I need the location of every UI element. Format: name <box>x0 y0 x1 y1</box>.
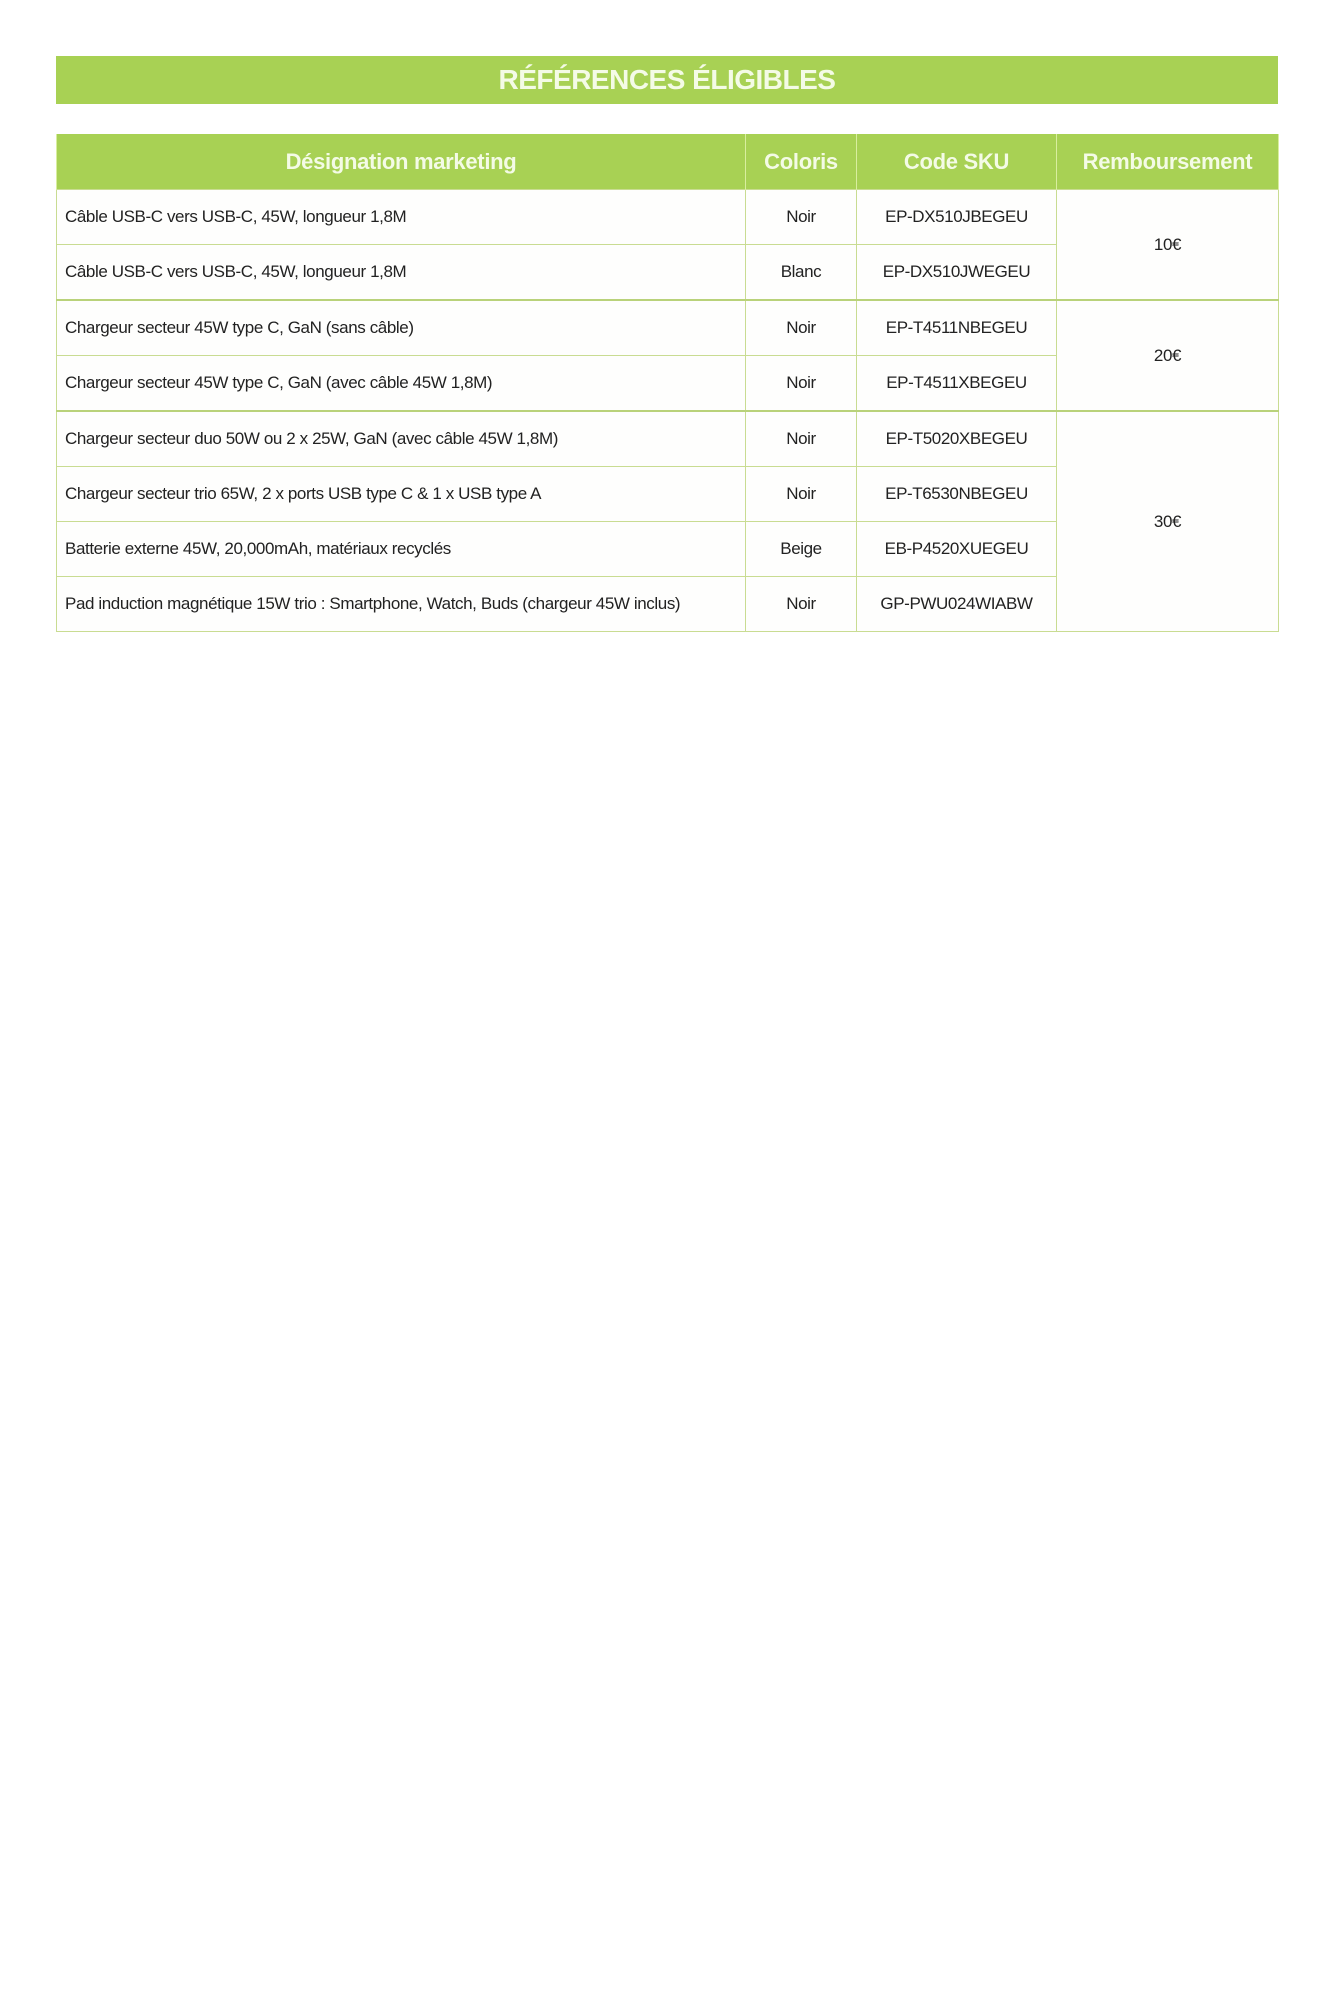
cell-sku: EB-P4520XUEGEU <box>857 522 1057 577</box>
section-title: RÉFÉRENCES ÉLIGIBLES <box>56 56 1278 104</box>
cell-designation: Câble USB-C vers USB-C, 45W, longueur 1,… <box>57 245 746 301</box>
header-designation: Désignation marketing <box>57 134 746 190</box>
cell-remboursement: 20€ <box>1057 300 1279 411</box>
cell-sku: EP-DX510JWEGEU <box>857 245 1057 301</box>
cell-coloris: Noir <box>746 577 857 632</box>
cell-sku: EP-T6530NBEGEU <box>857 467 1057 522</box>
cell-coloris: Beige <box>746 522 857 577</box>
cell-designation: Chargeur secteur trio 65W, 2 x ports USB… <box>57 467 746 522</box>
cell-designation: Câble USB-C vers USB-C, 45W, longueur 1,… <box>57 190 746 245</box>
table-row: Câble USB-C vers USB-C, 45W, longueur 1,… <box>57 190 1279 245</box>
header-sku: Code SKU <box>857 134 1057 190</box>
cell-designation: Chargeur secteur 45W type C, GaN (avec c… <box>57 356 746 412</box>
header-coloris: Coloris <box>746 134 857 190</box>
cell-sku: EP-T4511NBEGEU <box>857 300 1057 356</box>
cell-designation: Chargeur secteur duo 50W ou 2 x 25W, GaN… <box>57 411 746 467</box>
cell-sku: EP-T5020XBEGEU <box>857 411 1057 467</box>
cell-sku: GP-PWU024WIABW <box>857 577 1057 632</box>
table-row: Chargeur secteur duo 50W ou 2 x 25W, GaN… <box>57 411 1279 467</box>
cell-designation: Chargeur secteur 45W type C, GaN (sans c… <box>57 300 746 356</box>
table-header-row: Désignation marketing Coloris Code SKU R… <box>57 134 1279 190</box>
cell-coloris: Noir <box>746 300 857 356</box>
cell-sku: EP-DX510JBEGEU <box>857 190 1057 245</box>
cell-coloris: Noir <box>746 190 857 245</box>
cell-coloris: Noir <box>746 356 857 412</box>
cell-coloris: Noir <box>746 467 857 522</box>
cell-remboursement: 30€ <box>1057 411 1279 632</box>
cell-designation: Pad induction magnétique 15W trio : Smar… <box>57 577 746 632</box>
cell-coloris: Blanc <box>746 245 857 301</box>
table-row: Chargeur secteur 45W type C, GaN (sans c… <box>57 300 1279 356</box>
cell-designation: Batterie externe 45W, 20,000mAh, matéria… <box>57 522 746 577</box>
cell-remboursement: 10€ <box>1057 190 1279 301</box>
header-remboursement: Remboursement <box>1057 134 1279 190</box>
cell-coloris: Noir <box>746 411 857 467</box>
cell-sku: EP-T4511XBEGEU <box>857 356 1057 412</box>
eligible-references-table: Désignation marketing Coloris Code SKU R… <box>56 134 1279 632</box>
